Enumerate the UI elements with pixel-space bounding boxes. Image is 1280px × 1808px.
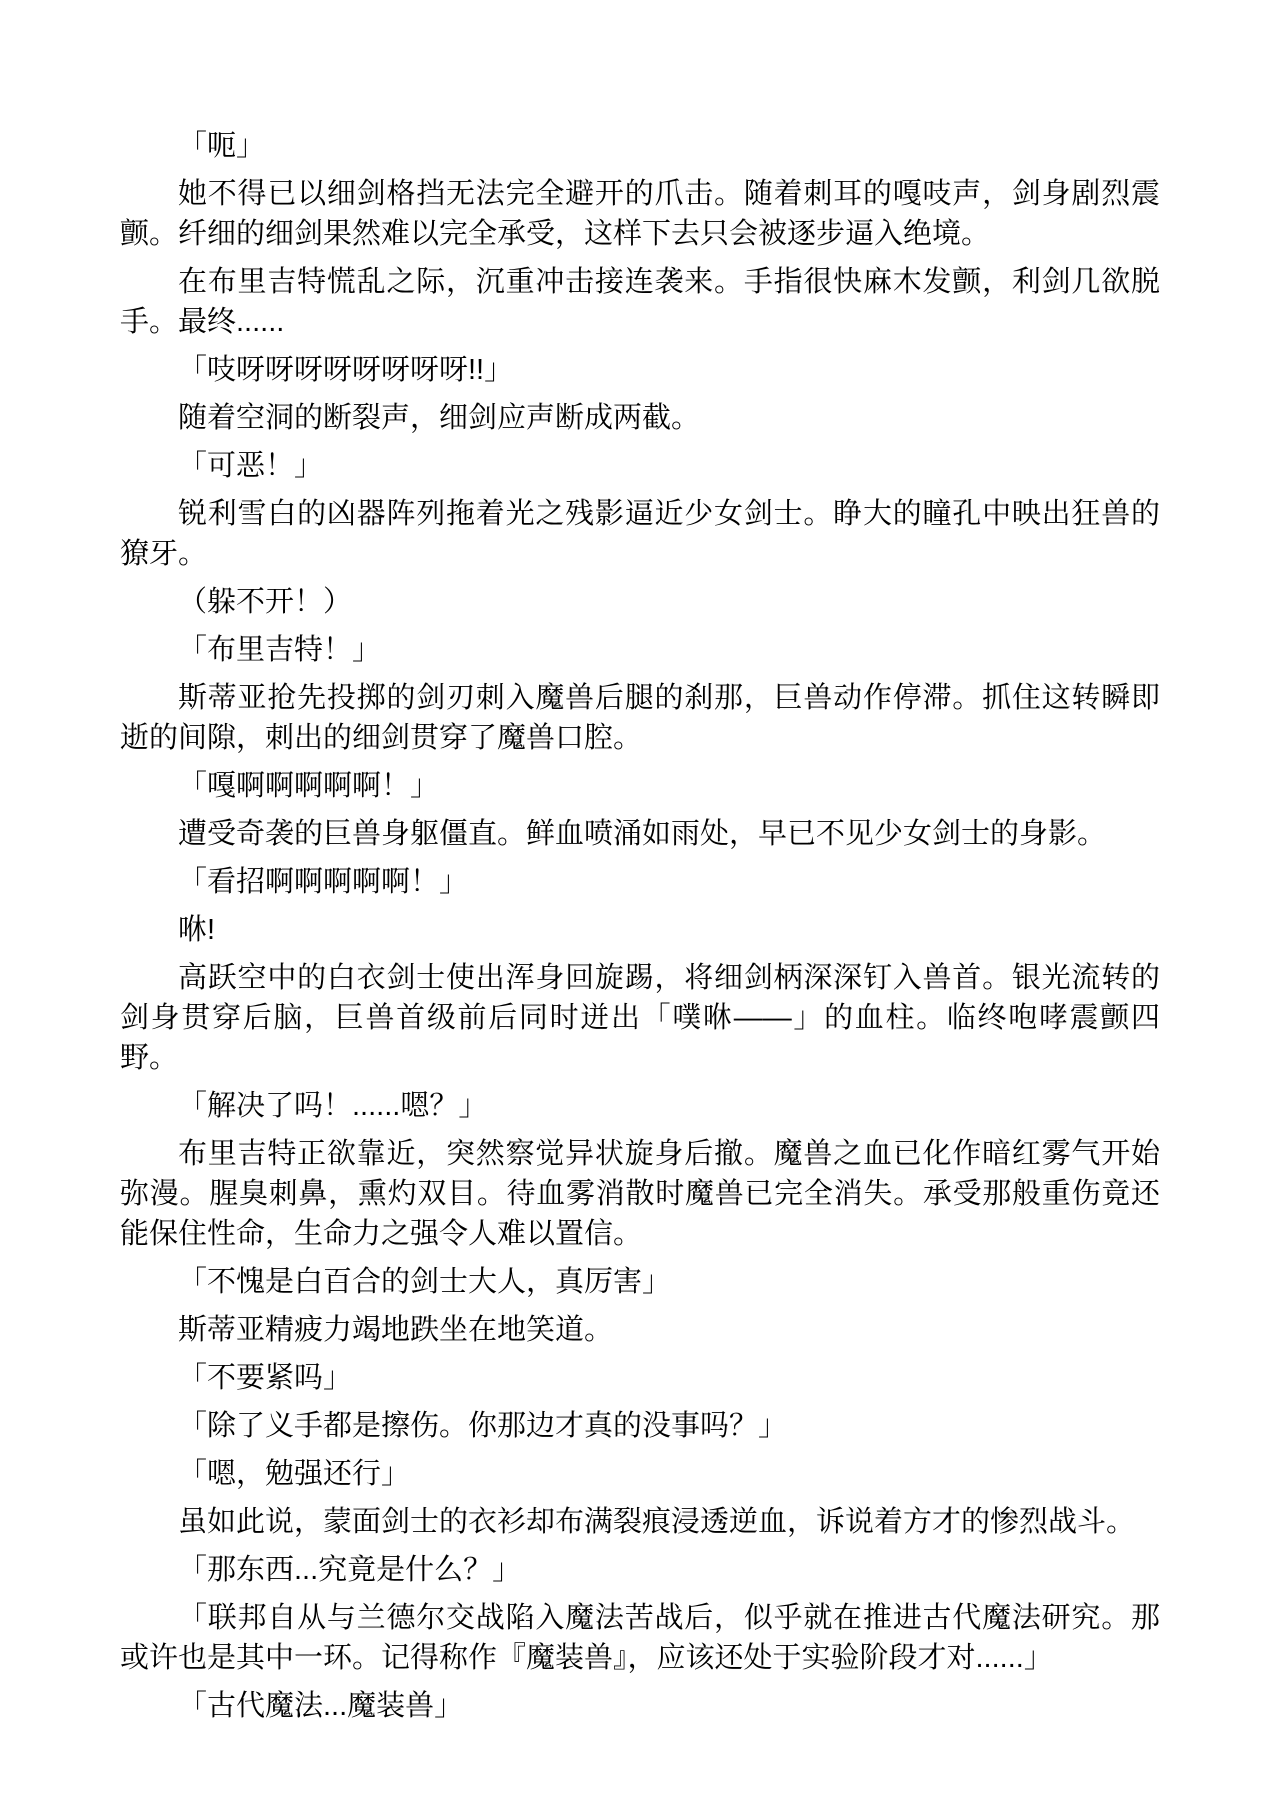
paragraph: 「嘎啊啊啊啊啊！」 [120, 766, 1160, 806]
paragraph: 「不愧是白百合的剑士大人，真厉害」 [120, 1262, 1160, 1302]
paragraph: 「嗯，勉强还行」 [120, 1454, 1160, 1494]
paragraph: 她不得已以细剑格挡无法完全避开的爪击。随着刺耳的嘎吱声，剑身剧烈震颤。纤细的细剑… [120, 174, 1160, 254]
paragraph: （躲不开！） [120, 582, 1160, 622]
paragraph: 「不要紧吗」 [120, 1358, 1160, 1398]
paragraph: 「呃」 [120, 126, 1160, 166]
paragraph: 布里吉特正欲靠近，突然察觉异状旋身后撤。魔兽之血已化作暗红雾气开始弥漫。腥臭刺鼻… [120, 1134, 1160, 1254]
paragraph: 「吱呀呀呀呀呀呀呀呀!!」 [120, 350, 1160, 390]
paragraph: 锐利雪白的凶器阵列拖着光之残影逼近少女剑士。睁大的瞳孔中映出狂兽的獠牙。 [120, 494, 1160, 574]
paragraph: 在布里吉特慌乱之际，沉重冲击接连袭来。手指很快麻木发颤，利剑几欲脱手。最终...… [120, 262, 1160, 342]
novel-page: 「呃」她不得已以细剑格挡无法完全避开的爪击。随着刺耳的嘎吱声，剑身剧烈震颤。纤细… [120, 126, 1160, 1734]
paragraph: 咻! [120, 910, 1160, 950]
paragraph: 「联邦自从与兰德尔交战陷入魔法苦战后，似乎就在推进古代魔法研究。那或许也是其中一… [120, 1598, 1160, 1678]
paragraph: 「古代魔法...魔装兽」 [120, 1686, 1160, 1726]
paragraph: 「可恶！」 [120, 446, 1160, 486]
paragraph: 高跃空中的白衣剑士使出浑身回旋踢，将细剑柄深深钉入兽首。银光流转的剑身贯穿后脑，… [120, 958, 1160, 1078]
paragraph: 「那东西...究竟是什么？」 [120, 1550, 1160, 1590]
paragraph: 遭受奇袭的巨兽身躯僵直。鲜血喷涌如雨处，早已不见少女剑士的身影。 [120, 814, 1160, 854]
paragraph: 随着空洞的断裂声，细剑应声断成两截。 [120, 398, 1160, 438]
paragraph: 虽如此说，蒙面剑士的衣衫却布满裂痕浸透逆血，诉说着方才的惨烈战斗。 [120, 1502, 1160, 1542]
paragraph: 斯蒂亚抢先投掷的剑刃刺入魔兽后腿的刹那，巨兽动作停滞。抓住这转瞬即逝的间隙，刺出… [120, 678, 1160, 758]
paragraph: 「布里吉特！」 [120, 630, 1160, 670]
paragraph: 「看招啊啊啊啊啊！」 [120, 862, 1160, 902]
paragraph: 「除了义手都是擦伤。你那边才真的没事吗？」 [120, 1406, 1160, 1446]
paragraph: 「解决了吗！......嗯？」 [120, 1086, 1160, 1126]
paragraph: 斯蒂亚精疲力竭地跌坐在地笑道。 [120, 1310, 1160, 1350]
